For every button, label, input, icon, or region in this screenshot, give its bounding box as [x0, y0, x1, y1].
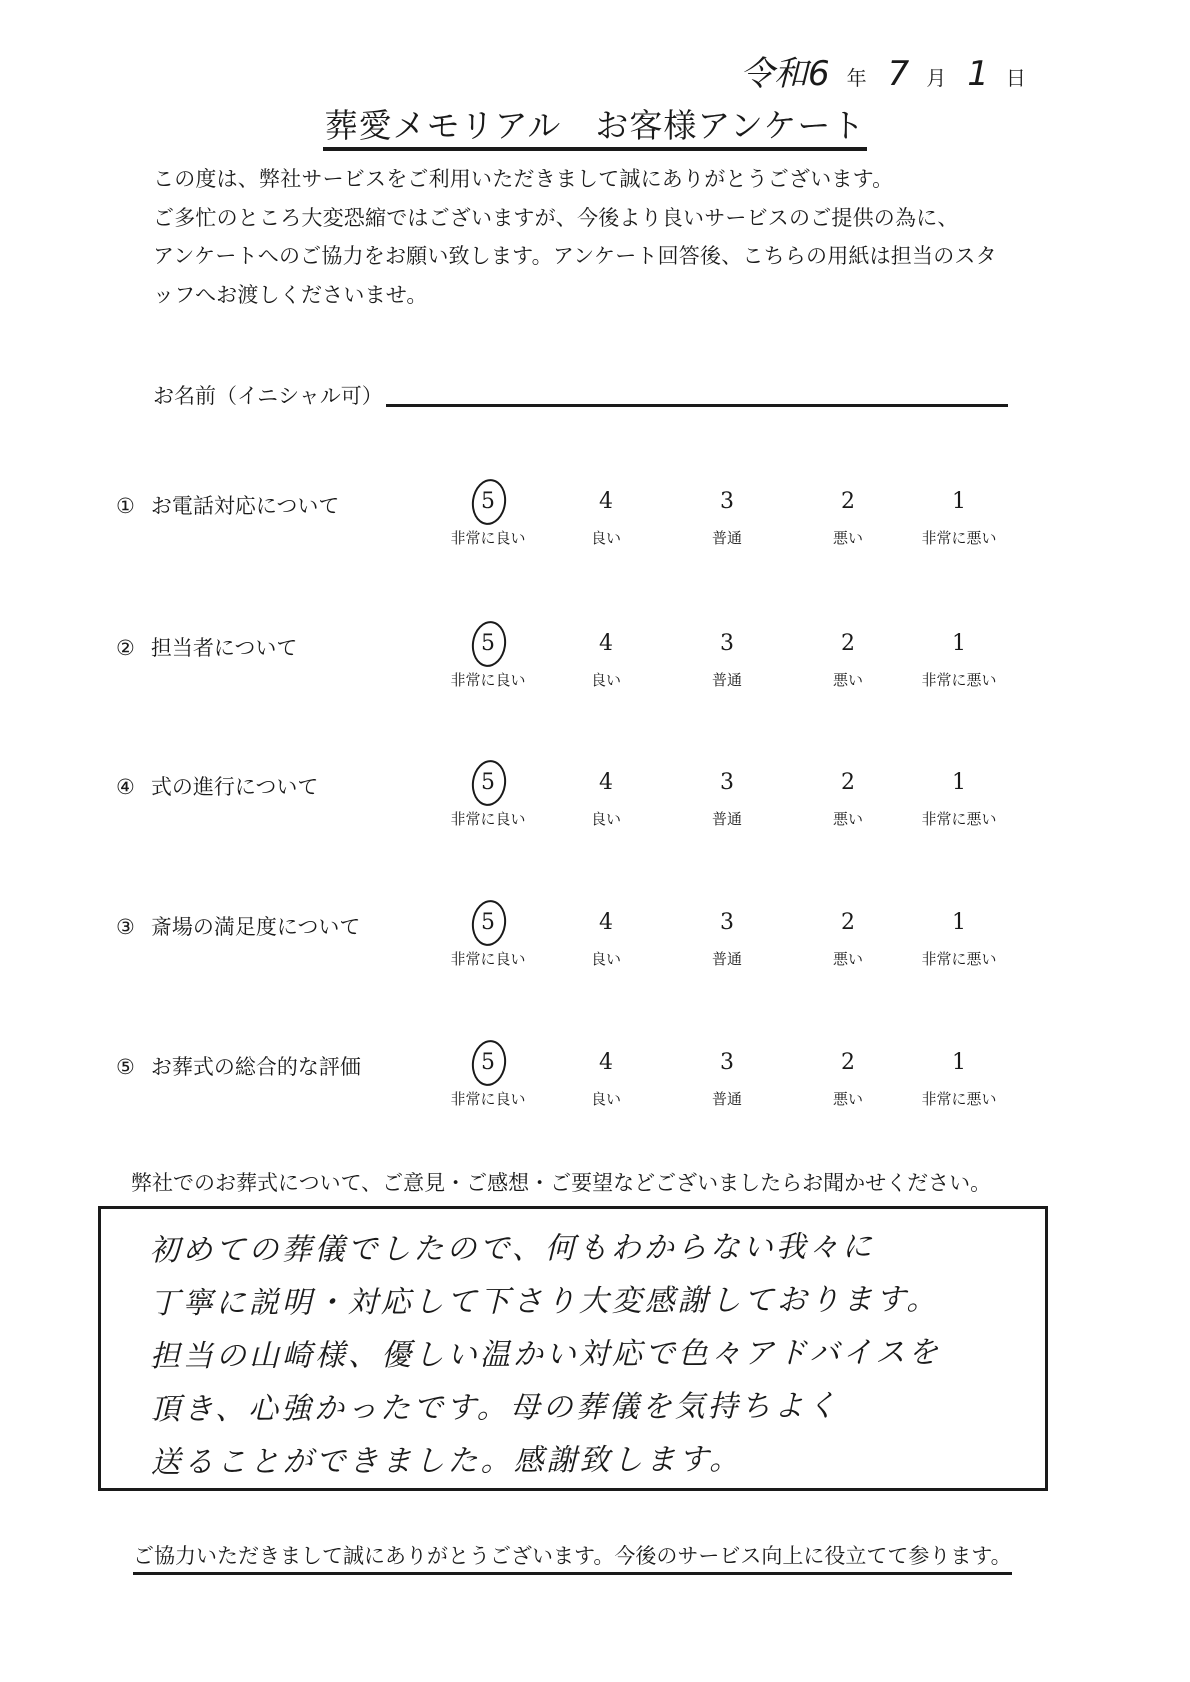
rating-score[interactable]: 1 [939, 627, 979, 661]
question-number: ① [116, 494, 135, 518]
rating-score[interactable]: 1 [939, 1046, 979, 1080]
comment-line: 担当の山崎様、優しい温かい対応で色々アドバイスを [150, 1326, 1030, 1384]
rating-option-1[interactable]: 1非常に悪い [899, 627, 1019, 690]
rating-description: 良い [546, 669, 666, 690]
rating-description: 非常に良い [428, 808, 548, 829]
rating-description: 悪い [788, 1088, 908, 1109]
comment-line: 丁寧に説明・対応して下さり大変感謝しております。 [150, 1273, 1030, 1331]
comment-line: 頂き、心強かったです。母の葬儀を気持ちよく [150, 1379, 1030, 1437]
rating-score[interactable]: 3 [707, 1046, 747, 1080]
rating-option-2[interactable]: 2悪い [788, 1046, 908, 1109]
rating-score[interactable]: 5 [468, 1046, 508, 1080]
rating-option-3[interactable]: 3普通 [667, 627, 787, 690]
rating-score[interactable]: 4 [586, 627, 626, 661]
rating-option-5[interactable]: 5非常に良い [428, 1046, 548, 1109]
rating-option-2[interactable]: 2悪い [788, 766, 908, 829]
question-label: ①お電話対応について [116, 490, 339, 520]
rating-description: 非常に悪い [899, 808, 1019, 829]
rating-score[interactable]: 5 [468, 485, 508, 519]
question-label: ②担当者について [116, 632, 297, 662]
name-field-input[interactable] [386, 404, 1008, 407]
rating-option-2[interactable]: 2悪い [788, 906, 908, 969]
question-text: 斎場の満足度について [151, 915, 361, 939]
rating-option-4[interactable]: 4良い [546, 627, 666, 690]
rating-score[interactable]: 2 [828, 906, 868, 940]
page-title: 葬愛メモリアル お客様アンケート [0, 100, 1190, 147]
rating-option-1[interactable]: 1非常に悪い [899, 906, 1019, 969]
comment-handwritten-text: 初めての葬儀でしたので、何もわからない我々に 丁寧に説明・対応して下さり大変感謝… [149, 1220, 1030, 1490]
rating-score[interactable]: 2 [828, 766, 868, 800]
rating-description: 普通 [667, 1088, 787, 1109]
rating-score[interactable]: 2 [828, 1046, 868, 1080]
rating-description: 非常に悪い [899, 527, 1019, 548]
rating-option-5[interactable]: 5非常に良い [428, 627, 548, 690]
rating-description: 悪い [788, 527, 908, 548]
rating-option-1[interactable]: 1非常に悪い [899, 1046, 1019, 1109]
intro-text: この度は、弊社サービスをご利用いただきまして誠にありがとうございます。 ご多忙の… [153, 160, 1033, 314]
rating-option-3[interactable]: 3普通 [667, 766, 787, 829]
footer-thanks: ご協力いただきまして誠にありがとうございます。今後のサービス向上に役立てて参りま… [133, 1540, 1012, 1570]
rating-description: 非常に良い [428, 669, 548, 690]
rating-option-5[interactable]: 5非常に良い [428, 766, 548, 829]
date-month: 7 [888, 54, 910, 94]
rating-option-4[interactable]: 4良い [546, 1046, 666, 1109]
rating-description: 悪い [788, 808, 908, 829]
question-text: お電話対応について [151, 494, 340, 518]
question-label: ④式の進行について [116, 771, 318, 801]
rating-score[interactable]: 4 [586, 1046, 626, 1080]
question-text: お葬式の総合的な評価 [151, 1055, 361, 1079]
rating-score[interactable]: 4 [586, 766, 626, 800]
question-label: ⑤お葬式の総合的な評価 [116, 1051, 361, 1081]
rating-score[interactable]: 1 [939, 766, 979, 800]
rating-option-5[interactable]: 5非常に良い [428, 485, 548, 548]
rating-score[interactable]: 1 [939, 906, 979, 940]
rating-description: 非常に良い [428, 527, 548, 548]
question-number: ⑤ [116, 1055, 135, 1079]
rating-option-3[interactable]: 3普通 [667, 485, 787, 548]
question-text: 式の進行について [151, 775, 319, 799]
rating-option-2[interactable]: 2悪い [788, 627, 908, 690]
rating-score[interactable]: 4 [586, 906, 626, 940]
rating-description: 非常に悪い [899, 1088, 1019, 1109]
rating-description: 非常に良い [428, 948, 548, 969]
rating-score[interactable]: 3 [707, 627, 747, 661]
rating-option-1[interactable]: 1非常に悪い [899, 485, 1019, 548]
question-number: ② [116, 636, 135, 660]
date-era: 令和 [740, 54, 808, 94]
rating-option-4[interactable]: 4良い [546, 766, 666, 829]
date-year-unit: 年 [847, 66, 867, 90]
rating-score[interactable]: 5 [468, 627, 508, 661]
rating-score[interactable]: 5 [468, 766, 508, 800]
rating-score[interactable]: 3 [707, 766, 747, 800]
rating-description: 普通 [667, 808, 787, 829]
rating-option-5[interactable]: 5非常に良い [428, 906, 548, 969]
question-label: ③斎場の満足度について [116, 911, 360, 941]
rating-option-1[interactable]: 1非常に悪い [899, 766, 1019, 829]
rating-option-2[interactable]: 2悪い [788, 485, 908, 548]
name-field-label: お名前（イニシャル可） [153, 380, 383, 410]
rating-description: 良い [546, 527, 666, 548]
rating-description: 良い [546, 948, 666, 969]
rating-option-4[interactable]: 4良い [546, 906, 666, 969]
rating-score[interactable]: 3 [707, 485, 747, 519]
rating-description: 良い [546, 1088, 666, 1109]
rating-score[interactable]: 4 [586, 485, 626, 519]
date-year: 6 [808, 54, 830, 94]
rating-description: 普通 [667, 669, 787, 690]
date-month-unit: 月 [926, 66, 946, 90]
rating-description: 非常に悪い [899, 669, 1019, 690]
intro-line: ッフへお渡しくださいませ。 [153, 276, 1033, 315]
question-number: ③ [116, 915, 135, 939]
rating-score[interactable]: 3 [707, 906, 747, 940]
rating-description: 非常に良い [428, 1088, 548, 1109]
rating-description: 悪い [788, 669, 908, 690]
rating-option-4[interactable]: 4良い [546, 485, 666, 548]
intro-line: この度は、弊社サービスをご利用いただきまして誠にありがとうございます。 [153, 160, 1033, 199]
question-number: ④ [116, 775, 135, 799]
rating-score[interactable]: 5 [468, 906, 508, 940]
rating-description: 良い [546, 808, 666, 829]
rating-description: 非常に悪い [899, 948, 1019, 969]
date-day: 1 [967, 54, 989, 94]
rating-score[interactable]: 1 [939, 485, 979, 519]
rating-score[interactable]: 2 [828, 627, 868, 661]
intro-line: ご多忙のところ大変恐縮ではございますが、今後より良いサービスのご提供の為に、 [153, 199, 1033, 238]
date-day-unit: 日 [1006, 66, 1026, 90]
rating-option-3[interactable]: 3普通 [667, 1046, 787, 1109]
rating-score[interactable]: 2 [828, 485, 868, 519]
survey-date: 令和6 年 7 月 1 日 [740, 46, 1040, 95]
rating-option-3[interactable]: 3普通 [667, 906, 787, 969]
rating-description: 普通 [667, 948, 787, 969]
rating-description: 悪い [788, 948, 908, 969]
comment-line: 送ることができました。感謝致します。 [150, 1432, 1030, 1490]
comment-prompt: 弊社でのお葬式について、ご意見・ご感想・ご要望などございましたらお聞かせください… [131, 1167, 991, 1197]
question-text: 担当者について [151, 636, 298, 660]
intro-line: アンケートへのご協力をお願い致します。アンケート回答後、こちらの用紙は担当のスタ [153, 237, 1033, 276]
rating-description: 普通 [667, 527, 787, 548]
comment-line: 初めての葬儀でしたので、何もわからない我々に [149, 1220, 1029, 1278]
